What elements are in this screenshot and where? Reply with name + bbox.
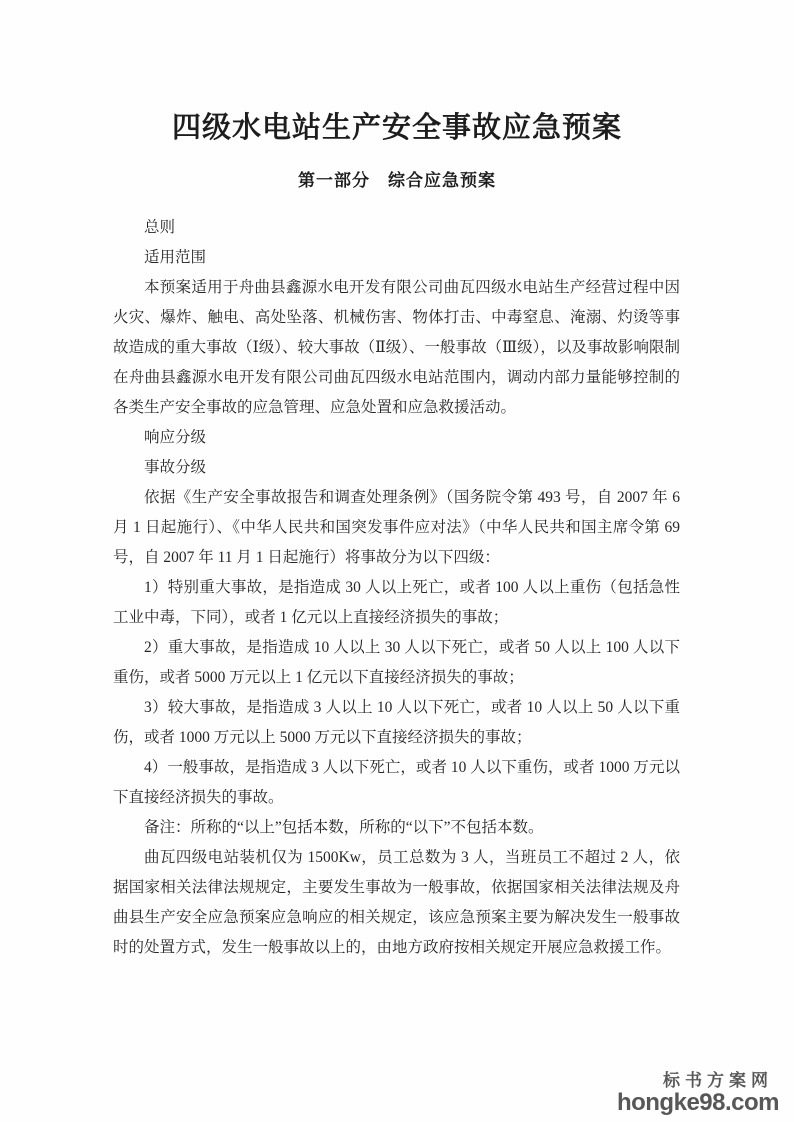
paragraph-scope-text: 本预案适用于舟曲县鑫源水电开发有限公司曲瓦四级水电站生产经营过程中因火灾、爆炸、… xyxy=(113,273,680,423)
watermark-site-name: 标书方案网 xyxy=(617,1072,773,1090)
heading-response-grading: 响应分级 xyxy=(113,423,680,453)
paragraph-level-4: 4）一般事故，是指造成 3 人以下死亡，或者 10 人以下重伤，或者 1000 … xyxy=(113,753,680,813)
heading-general-rules: 总则 xyxy=(113,213,680,243)
paragraph-station-details: 曲瓦四级电站装机仅为 1500Kw，员工总数为 3 人，当班员工不超过 2 人，… xyxy=(113,843,680,963)
watermark-site-url: hongke98.com xyxy=(617,1090,779,1115)
paragraph-level-1: 1）特别重大事故，是指造成 30 人以上死亡，或者 100 人以上重伤（包括急性… xyxy=(113,573,680,633)
document-title: 四级水电站生产安全事故应急预案 xyxy=(0,0,794,146)
heading-accident-grading: 事故分级 xyxy=(113,453,680,483)
section-heading: 第一部分 综合应急预案 xyxy=(0,170,794,192)
heading-scope: 适用范围 xyxy=(113,243,680,273)
paragraph-level-3: 3）较大事故，是指造成 3 人以上 10 人以下死亡，或者 10 人以上 50 … xyxy=(113,693,680,753)
document-page: 四级水电站生产安全事故应急预案 第一部分 综合应急预案 总则 适用范围 本预案适… xyxy=(0,0,794,1122)
document-body: 总则 适用范围 本预案适用于舟曲县鑫源水电开发有限公司曲瓦四级水电站生产经营过程… xyxy=(113,213,680,963)
paragraph-level-2: 2）重大事故，是指造成 10 人以上 30 人以下死亡，或者 50 人以上 10… xyxy=(113,633,680,693)
paragraph-note: 备注：所称的“以上”包括本数，所称的“以下”不包括本数。 xyxy=(113,813,680,843)
watermark: 标书方案网 hongke98.com xyxy=(617,1072,779,1115)
paragraph-legal-basis: 依据《生产安全事故报告和调查处理条例》（国务院令第 493 号，自 2007 年… xyxy=(113,483,680,573)
